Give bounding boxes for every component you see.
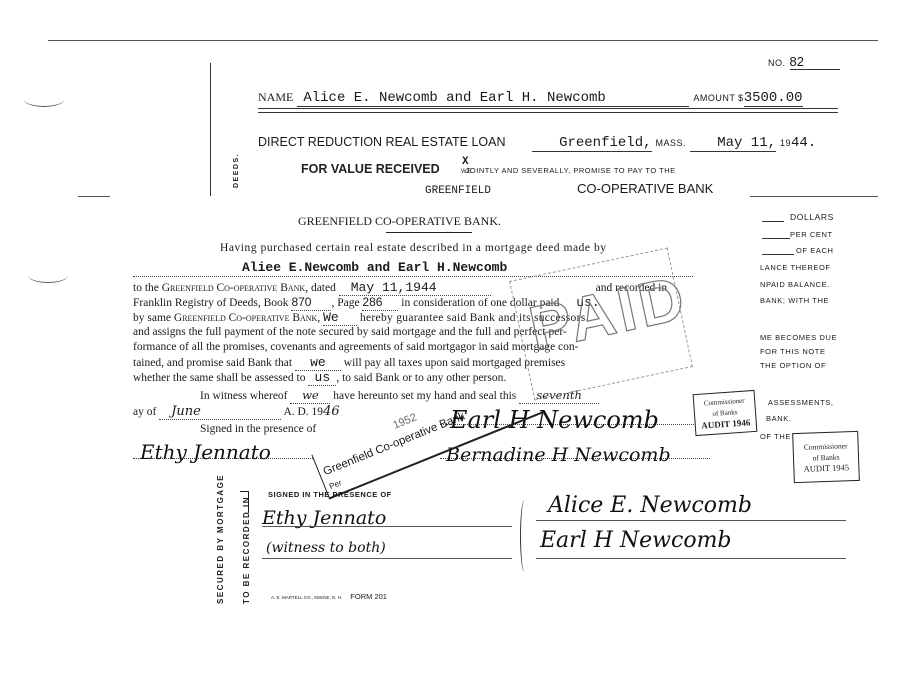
page-label: , Page [331, 297, 359, 309]
ad: A. D. 19 [283, 406, 323, 418]
right-col-blank [762, 221, 784, 222]
audit-year: AUDIT 1945 [794, 462, 858, 475]
maker-signature-earl: Earl H Newcomb [540, 528, 732, 553]
text: In witness whereof [200, 390, 288, 402]
body-line: and assigns the full payment of the note… [133, 325, 567, 340]
right-col-line: OF EACH [796, 246, 834, 255]
loan-type: DIRECT REDUCTION REAL ESTATE LOAN [258, 135, 506, 149]
assessed-line: whether the same shall be assessed to us… [133, 370, 506, 386]
right-col-blank [762, 238, 790, 239]
punch-mark [24, 92, 64, 107]
guarantor: We [323, 310, 357, 326]
note-number: NO. 82 [768, 53, 840, 71]
right-col-line: FOR THIS NOTE [760, 347, 826, 356]
form-margin-line [210, 63, 211, 197]
name-row: NAME Alice E. Newcomb and Earl H. Newcom… [258, 88, 838, 107]
year: 46 [323, 404, 340, 419]
text: whether the same shall be assessed to [133, 372, 305, 384]
note-date: May 11, [690, 135, 776, 152]
maker-signature-alice: Alice E. Newcomb [548, 493, 752, 518]
amount-label: AMOUNT $ [693, 93, 743, 103]
text: , to said Bank or to any other person. [336, 372, 506, 384]
guaranty-intro: Having purchased certain real estate des… [220, 241, 607, 256]
guaranty-title: GREENFIELD CO-OPERATIVE BANK. [298, 214, 501, 229]
form-number: FORM 201 [350, 592, 387, 601]
right-col-line: THE OPTION OF [760, 361, 826, 370]
number-label: NO. [768, 58, 786, 68]
page-number: 286 [362, 295, 398, 311]
witness-signature: Ethy Jennato [140, 440, 271, 464]
name-value: Alice E. Newcomb and Earl H. Newcomb [297, 90, 689, 107]
assessed-pronoun: us [308, 370, 336, 386]
dated-label: , dated [305, 282, 336, 294]
deeds-label: DEEDS. [233, 153, 240, 188]
body-line: formance of all the promises, covenants … [133, 340, 578, 355]
right-col-line: LANCE THEREOF [760, 263, 831, 272]
right-col-line: BANK; WITH THE [760, 296, 829, 305]
year-suffix: 44. [791, 135, 816, 151]
tax-pronoun: we [295, 355, 341, 371]
title-underline [386, 232, 472, 233]
printer-imprint: A. E. MARTELL CO., KEENE, N. H. FORM 201 [271, 586, 387, 604]
book-number: 870 [291, 295, 331, 311]
text: to the [133, 282, 162, 294]
witness-note: (witness to both) [266, 540, 386, 556]
mortgagors: Aliee E.Newcomb and Earl H.Newcomb [242, 260, 507, 275]
registry: Franklin Registry of Deeds, Book [133, 297, 289, 309]
punch-mark [28, 268, 68, 283]
witness-line [262, 526, 512, 527]
by-same: by same [133, 312, 174, 324]
maker-line [536, 558, 846, 559]
signature-brace [520, 500, 529, 572]
value-received-row: FOR VALUE RECEIVED X WE JOINTLY AND SEVE… [301, 160, 676, 178]
bank-name: Greenfield Co-operative Bank [162, 282, 305, 294]
signed-presence: Signed in the presence of [200, 422, 316, 437]
name-double-rule [258, 108, 838, 113]
dated-value: May 11,1944 [339, 280, 491, 296]
signer-signature-bernadine: Bernadine H Newcomb [446, 444, 671, 466]
year-prefix: 19 [780, 138, 791, 148]
right-col-line: DOLLARS [790, 212, 834, 222]
top-edge-rule [48, 40, 878, 41]
text: tained, and promise said Bank that [133, 357, 292, 369]
audit-stamp-1946: Commissioner of Banks AUDIT 1946 [693, 390, 758, 436]
recorded-bracket-top [240, 491, 248, 492]
secured-by-mortgage-label: SECURED BY MORTGAGE [216, 474, 225, 604]
to-be-recorded-label: TO BE RECORDED IN [242, 496, 251, 604]
right-col-line: PER CENT [790, 230, 833, 239]
taxes-line: tained, and promise said Bank that we wi… [133, 355, 565, 371]
state-label: MASS. [656, 138, 687, 148]
signed-presence-label: SIGNED IN THE PRESENCE OF [268, 490, 392, 499]
printer-name: A. E. MARTELL CO., KEENE, N. H. [271, 595, 342, 600]
audit-stamp-1945: Commissioner of Banks AUDIT 1945 [792, 431, 860, 483]
payee-bank: CO-OPERATIVE BANK [557, 181, 713, 197]
bank-name: Greenfield Co-operative Bank [174, 312, 317, 324]
city: Greenfield, [532, 135, 652, 152]
right-col-blank [762, 254, 794, 255]
date-line: ay of June A. D. 1946 [133, 404, 340, 420]
witness-line [262, 558, 512, 559]
day-of: ay of [133, 406, 156, 418]
right-col-line: NPAID BALANCE. [760, 280, 830, 289]
right-col-line: ME BECOMES DUE [760, 333, 837, 342]
value-received: FOR VALUE RECEIVED [301, 162, 440, 176]
paid-stamp-text: PAID [523, 262, 694, 365]
month: June [159, 404, 281, 420]
amount-value: 3500.00 [744, 90, 803, 107]
name-label: NAME [258, 90, 293, 104]
pronoun-x: X [462, 156, 469, 168]
recorded-bracket [248, 491, 249, 513]
right-col-line: BANK. [766, 414, 792, 423]
loan-type-row: DIRECT REDUCTION REAL ESTATE LOAN Greenf… [258, 133, 858, 152]
maker-line [536, 520, 846, 521]
witness-pronoun: we [290, 388, 330, 404]
pronoun-we: WE [461, 169, 472, 175]
right-col-line: ASSESSMENTS, [768, 398, 834, 407]
promise-text: JOINTLY AND SEVERALLY, PROMISE TO PAY TO… [466, 166, 676, 175]
number-value: 82 [790, 54, 840, 70]
